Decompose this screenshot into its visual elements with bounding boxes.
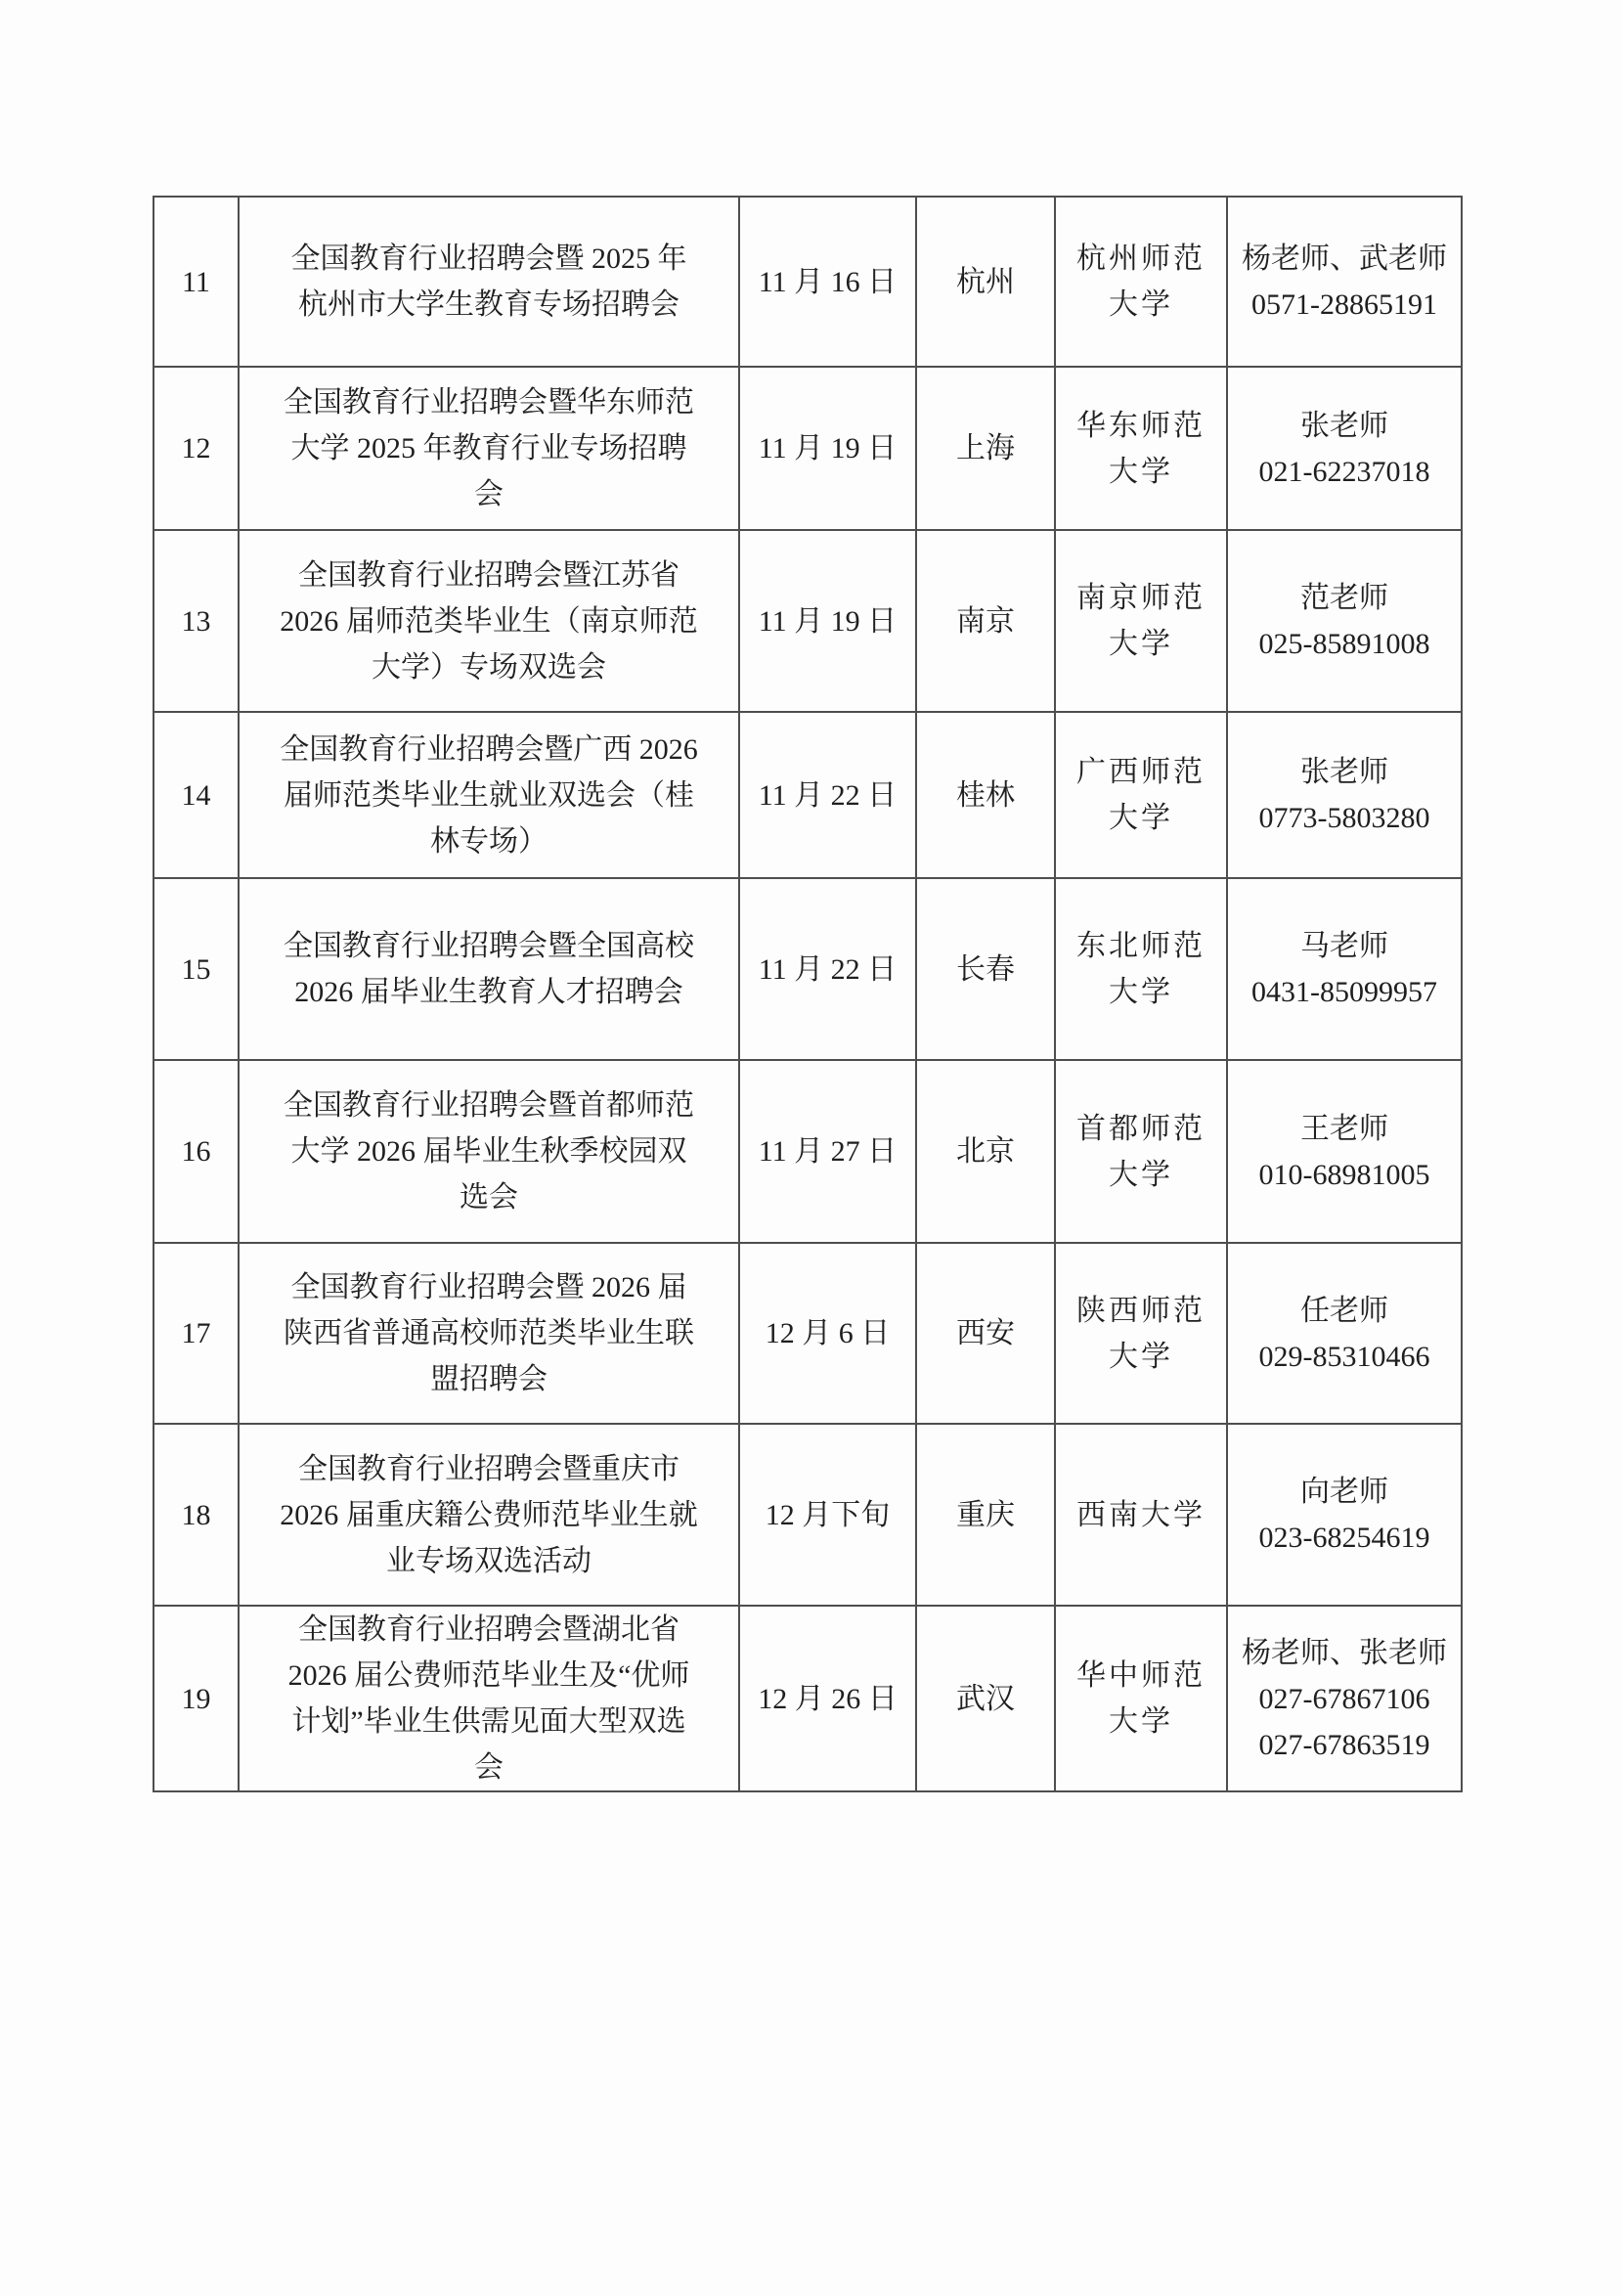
cell-university: 首都师范 大学 [1055,1060,1227,1243]
table-body: 11 全国教育行业招聘会暨 2025 年 杭州市大学生教育专场招聘会 11 月 … [153,197,1462,1791]
cell-university: 西南大学 [1055,1424,1227,1606]
cell-city: 北京 [916,1060,1055,1243]
cell-date: 11 月 16 日 [739,197,916,367]
cell-contact: 任老师 029-85310466 [1227,1243,1462,1424]
cell-city: 长春 [916,878,1055,1060]
cell-no: 14 [153,712,239,878]
cell-date: 11 月 19 日 [739,367,916,530]
cell-city: 杭州 [916,197,1055,367]
cell-date: 11 月 27 日 [739,1060,916,1243]
cell-contact: 杨老师、武老师 0571-28865191 [1227,197,1462,367]
cell-university: 杭州师范 大学 [1055,197,1227,367]
cell-contact: 范老师 025-85891008 [1227,530,1462,712]
cell-event-name: 全国教育行业招聘会暨首都师范 大学 2026 届毕业生秋季校园双 选会 [239,1060,739,1243]
document-page: 11 全国教育行业招聘会暨 2025 年 杭州市大学生教育专场招聘会 11 月 … [0,0,1622,2296]
cell-university: 陕西师范 大学 [1055,1243,1227,1424]
cell-event-name: 全国教育行业招聘会暨重庆市 2026 届重庆籍公费师范毕业生就 业专场双选活动 [239,1424,739,1606]
cell-contact: 张老师 0773-5803280 [1227,712,1462,878]
cell-no: 16 [153,1060,239,1243]
cell-event-name: 全国教育行业招聘会暨广西 2026 届师范类毕业生就业双选会（桂 林专场） [239,712,739,878]
cell-no: 13 [153,530,239,712]
cell-date: 12 月 26 日 [739,1606,916,1791]
cell-no: 18 [153,1424,239,1606]
recruitment-schedule-table: 11 全国教育行业招聘会暨 2025 年 杭州市大学生教育专场招聘会 11 月 … [153,196,1463,1792]
cell-date: 12 月下旬 [739,1424,916,1606]
cell-university: 东北师范 大学 [1055,878,1227,1060]
cell-contact: 王老师 010-68981005 [1227,1060,1462,1243]
cell-university: 广西师范 大学 [1055,712,1227,878]
cell-no: 19 [153,1606,239,1791]
cell-university: 华中师范 大学 [1055,1606,1227,1791]
table-row: 16 全国教育行业招聘会暨首都师范 大学 2026 届毕业生秋季校园双 选会 1… [153,1060,1462,1243]
cell-contact: 杨老师、张老师 027-67867106 027-67863519 [1227,1606,1462,1791]
cell-date: 11 月 22 日 [739,712,916,878]
cell-university: 华东师范 大学 [1055,367,1227,530]
table-row: 19 全国教育行业招聘会暨湖北省 2026 届公费师范毕业生及“优师 计划”毕业… [153,1606,1462,1791]
cell-university: 南京师范 大学 [1055,530,1227,712]
cell-no: 12 [153,367,239,530]
cell-event-name: 全国教育行业招聘会暨全国高校 2026 届毕业生教育人才招聘会 [239,878,739,1060]
cell-city: 南京 [916,530,1055,712]
cell-contact: 向老师 023-68254619 [1227,1424,1462,1606]
cell-no: 11 [153,197,239,367]
cell-city: 上海 [916,367,1055,530]
table-row: 15 全国教育行业招聘会暨全国高校 2026 届毕业生教育人才招聘会 11 月 … [153,878,1462,1060]
cell-no: 17 [153,1243,239,1424]
cell-no: 15 [153,878,239,1060]
table-row: 12 全国教育行业招聘会暨华东师范 大学 2025 年教育行业专场招聘 会 11… [153,367,1462,530]
cell-event-name: 全国教育行业招聘会暨湖北省 2026 届公费师范毕业生及“优师 计划”毕业生供需… [239,1606,739,1791]
cell-date: 11 月 22 日 [739,878,916,1060]
cell-date: 11 月 19 日 [739,530,916,712]
table-row: 11 全国教育行业招聘会暨 2025 年 杭州市大学生教育专场招聘会 11 月 … [153,197,1462,367]
cell-city: 西安 [916,1243,1055,1424]
cell-contact: 张老师 021-62237018 [1227,367,1462,530]
table-row: 18 全国教育行业招聘会暨重庆市 2026 届重庆籍公费师范毕业生就 业专场双选… [153,1424,1462,1606]
cell-city: 重庆 [916,1424,1055,1606]
table-row: 17 全国教育行业招聘会暨 2026 届 陕西省普通高校师范类毕业生联 盟招聘会… [153,1243,1462,1424]
cell-event-name: 全国教育行业招聘会暨 2025 年 杭州市大学生教育专场招聘会 [239,197,739,367]
table-row: 13 全国教育行业招聘会暨江苏省 2026 届师范类毕业生（南京师范 大学）专场… [153,530,1462,712]
cell-event-name: 全国教育行业招聘会暨华东师范 大学 2025 年教育行业专场招聘 会 [239,367,739,530]
table-row: 14 全国教育行业招聘会暨广西 2026 届师范类毕业生就业双选会（桂 林专场）… [153,712,1462,878]
cell-event-name: 全国教育行业招聘会暨江苏省 2026 届师范类毕业生（南京师范 大学）专场双选会 [239,530,739,712]
cell-date: 12 月 6 日 [739,1243,916,1424]
cell-event-name: 全国教育行业招聘会暨 2026 届 陕西省普通高校师范类毕业生联 盟招聘会 [239,1243,739,1424]
cell-city: 桂林 [916,712,1055,878]
cell-city: 武汉 [916,1606,1055,1791]
cell-contact: 马老师 0431-85099957 [1227,878,1462,1060]
